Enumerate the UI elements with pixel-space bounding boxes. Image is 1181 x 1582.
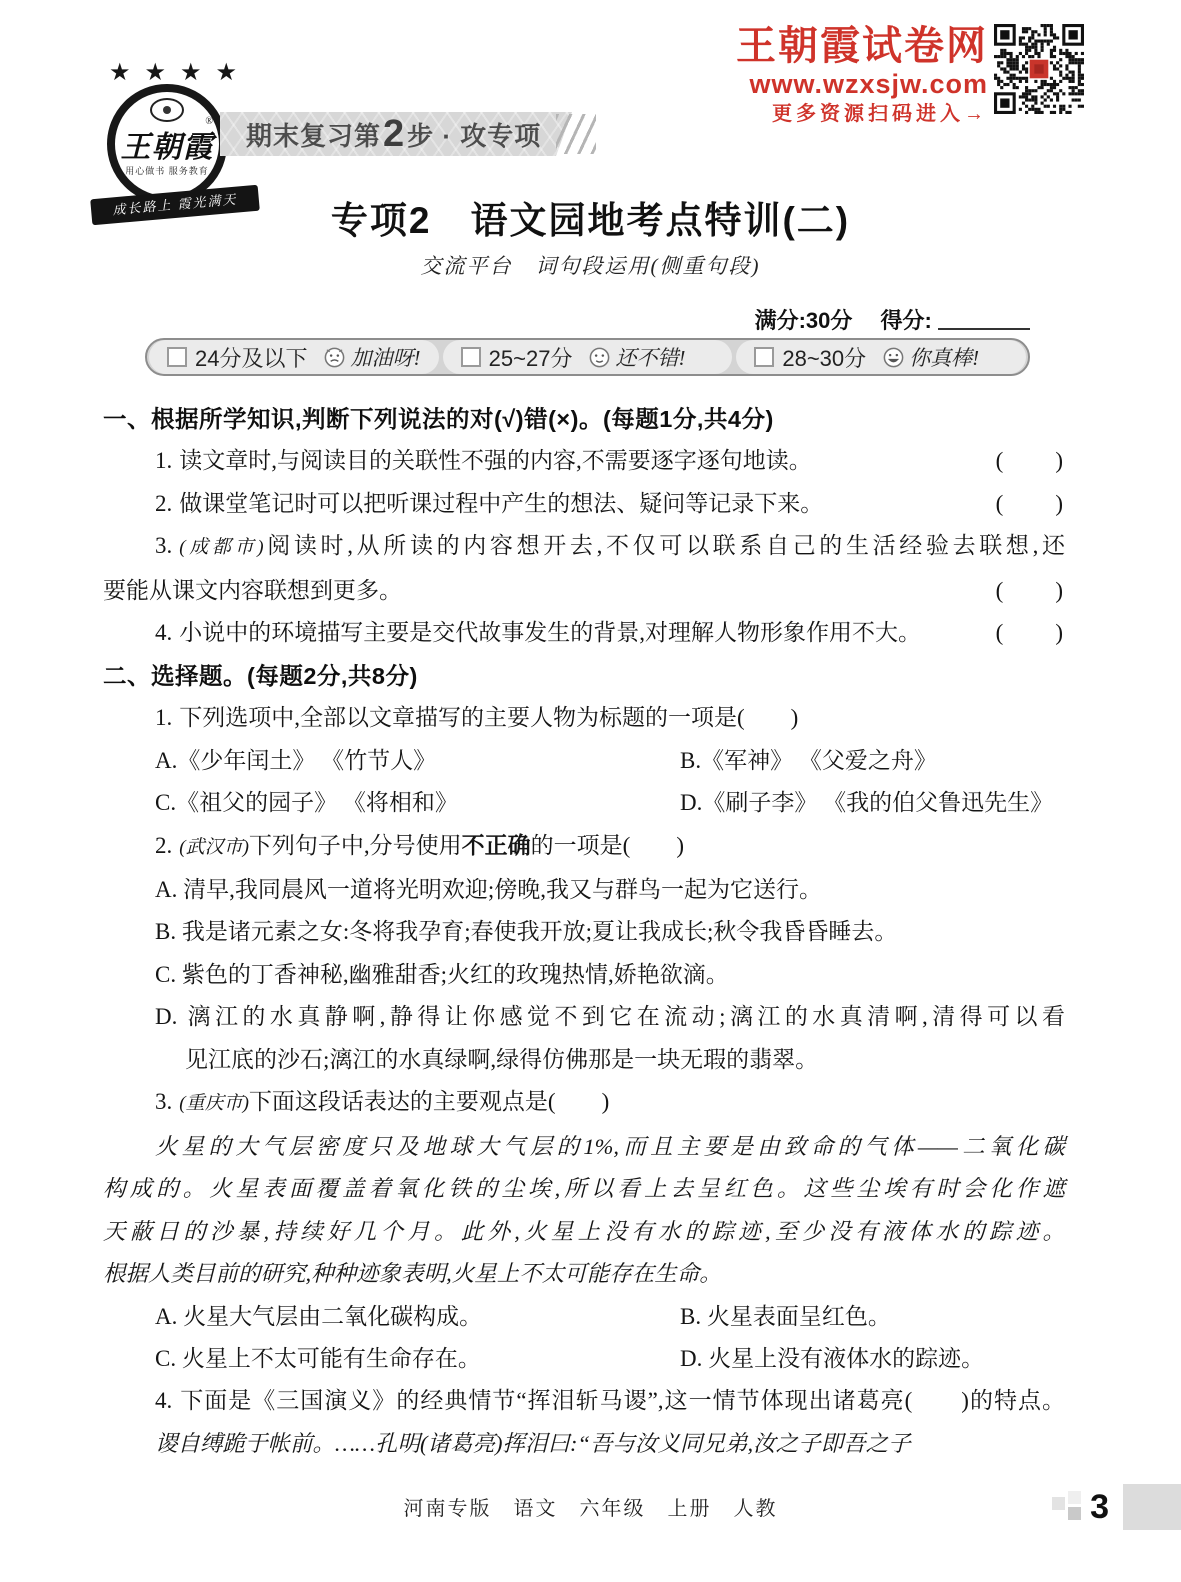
mcq-option-row: C. 火星上不太可能有生命存在。 D. 火星上没有液体水的踪迹。 — [103, 1338, 1065, 1380]
option-b[interactable]: B.《军神》 《父爱之舟》 — [680, 740, 1065, 782]
city-tag: (重庆市) — [179, 1093, 249, 1114]
portrait-crest-icon — [150, 98, 184, 122]
ok-face-icon — [588, 346, 611, 369]
score-range-label: 25~27分 — [489, 342, 573, 373]
option-b[interactable]: B. 火星表面呈红色。 — [680, 1296, 1065, 1338]
score-comment: 还不错! — [615, 342, 685, 372]
brand-slogan: 用心做书 服务教育 — [115, 164, 219, 177]
section-two-heading: 二、选择题。(每题2分,共8分) — [103, 655, 1065, 697]
passage-line: 火星的大气层密度只及地球大气层的1%,而且主要是由致命的气体——二氧化碳 — [103, 1126, 1065, 1168]
mcq-option-row: A. 火星大气层由二氧化碳构成。 B. 火星表面呈红色。 — [103, 1296, 1065, 1338]
answer-bracket[interactable]: ( ) — [996, 483, 1065, 525]
site-name: 王朝霞试卷网 — [736, 24, 988, 68]
score-range-label: 24分及以下 — [195, 342, 307, 373]
quote-line: 谡自缚跪于帐前。……孔明(诸葛亮)挥泪曰:“吾与汝义同兄弟,汝之子即吾之子 — [103, 1423, 1065, 1465]
banner-suffix: 步 · 攻专项 — [407, 116, 541, 153]
judgment-item: 1.读文章时,与阅读目的关联性不强的内容,不需要逐字逐句地读。 ( ) — [103, 440, 1065, 482]
judgment-item: 2.做课堂笔记时可以把听课过程中产生的想法、疑问等记录下来。 ( ) — [103, 483, 1065, 525]
score-checkbox[interactable] — [461, 347, 481, 367]
site-info: 王朝霞试卷网 www.wzxsjw.com 更多资源扫码进入→ — [736, 24, 988, 128]
mcq-option-row: C.《祖父的园子》 《将相和》 D.《刷子李》 《我的伯父鲁迅先生》 — [103, 782, 1065, 824]
page-subtitle: 交流平台 词句段运用(侧重句段) — [0, 250, 1181, 280]
mcq-stem: 3.(重庆市)下面这段话表达的主要观点是( ) — [103, 1081, 1065, 1125]
earned-score-label: 得分: — [881, 308, 932, 333]
item-text: 读文章时,与阅读目的关联性不强的内容,不需要逐字逐句地读。 — [179, 448, 812, 473]
item-number: 3. — [155, 1089, 172, 1114]
item-text: 阅读时,从所读的内容想开去,不仅可以联系自己的生活经验去联想,还 — [264, 533, 1065, 558]
city-tag: (成都市) — [179, 537, 263, 558]
item-number: 3. — [155, 533, 172, 558]
banner-slash-decoration — [556, 114, 596, 154]
option-d[interactable]: D. 火星上没有液体水的踪迹。 — [680, 1338, 1065, 1380]
item-text: 做课堂笔记时可以把听课过程中产生的想法、疑问等记录下来。 — [179, 491, 823, 516]
option-a[interactable]: A. 火星大气层由二氧化碳构成。 — [103, 1296, 680, 1338]
site-url: www.wzxsjw.com — [736, 68, 988, 100]
mcq-stem: 2.(武汉市)下列句子中,分号使用不正确的一项是( ) — [103, 825, 1065, 869]
cheer-face-icon — [323, 346, 346, 369]
stem-text: 下列句子中,分号使用 — [249, 833, 462, 858]
judgment-item-line1: 3.(成都市)阅读时,从所读的内容想开去,不仅可以联系自己的生活经验去联想,还 — [103, 525, 1065, 569]
score-band-low: 24分及以下 加油呀! — [149, 340, 439, 374]
footer-meta: 河南专版 语文 六年级 上册 人教 — [0, 1492, 1181, 1521]
page-title: 专项2 语文园地考点特训(二) — [0, 190, 1181, 244]
brand-name: 王朝霞 — [115, 122, 219, 166]
registered-mark: ® — [205, 116, 213, 127]
answer-bracket[interactable]: ( ) — [996, 570, 1065, 612]
exam-page: ★ ★ ★ ★ ★ 王朝霞 ® 用心做书 服务教育 成长路上 霞光满天 期末复习… — [0, 0, 1181, 1582]
site-more-hint: 更多资源扫码进入→ — [736, 100, 988, 128]
earned-score-blank[interactable] — [938, 308, 1030, 330]
stem-text: 下面是《三国演义》的经典情节“挥泪斩马谡”,这一情节体现出诸葛亮( )的特点。 — [179, 1388, 1065, 1413]
stem-text: 的一项是( ) — [531, 833, 684, 858]
answer-bracket[interactable]: ( ) — [996, 440, 1065, 482]
score-band-mid: 25~27分 还不错! — [443, 340, 733, 374]
chapter-banner: 期末复习第 2 步 · 攻专项 — [220, 112, 572, 156]
option-d[interactable]: D. 漓江的水真静啊,静得让你感觉不到它在流动;漓江的水真清啊,清得可以看 — [103, 996, 1065, 1038]
item-text: 小说中的环境描写主要是交代故事发生的背景,对理解人物形象作用不大。 — [179, 620, 921, 645]
score-band-bar: 24分及以下 加油呀! 25~27分 还不错! 28~30分 — [145, 338, 1030, 376]
stem-text: 下面这段话表达的主要观点是( ) — [249, 1089, 609, 1114]
option-d-continued[interactable]: 见江底的沙石;漓江的水真绿啊,绿得仿佛那是一块无瑕的翡翠。 — [103, 1039, 1065, 1081]
option-c[interactable]: C. 火星上不太可能有生命存在。 — [103, 1338, 680, 1380]
score-band-high: 28~30分 你真棒! — [736, 340, 1026, 374]
footer-squares-decoration — [1052, 1491, 1084, 1523]
option-c[interactable]: C. 紫色的丁香神秘,幽雅甜香;火红的玫瑰热情,娇艳欲滴。 — [103, 954, 1065, 996]
option-a[interactable]: A.《少年闰土》 《竹节人》 — [103, 740, 680, 782]
score-comment: 加油呀! — [350, 342, 420, 372]
page-number-block: 3 — [1052, 1484, 1181, 1530]
item-number: 1. — [155, 448, 172, 473]
score-row: 满分:30分 得分: — [755, 304, 1030, 335]
option-c[interactable]: C.《祖父的园子》 《将相和》 — [103, 782, 680, 824]
score-range-label: 28~30分 — [782, 342, 866, 373]
mcq-stem: 1.下列选项中,全部以文章描写的主要人物为标题的一项是( ) — [103, 697, 1065, 739]
item-number: 4. — [155, 620, 172, 645]
passage-line: 构成的。火星表面覆盖着氧化铁的尘埃,所以看上去呈红色。这些尘埃有时会化作遮 — [103, 1168, 1065, 1210]
city-tag: (武汉市) — [179, 837, 249, 858]
passage-line: 天蔽日的沙暴,持续好几个月。此外,火星上没有水的踪迹,至少没有液体水的踪迹。 — [103, 1211, 1065, 1253]
passage-line: 根据人类目前的研究,种种迹象表明,火星上不太可能存在生命。 — [103, 1253, 1065, 1295]
judgment-item-line2: 要能从课文内容联想到更多。 ( ) — [103, 570, 1065, 612]
mcq-option-row: A.《少年闰土》 《竹节人》 B.《军神》 《父爱之舟》 — [103, 740, 1065, 782]
page-number: 3 — [1090, 1488, 1109, 1527]
stem-text: 下列选项中,全部以文章描写的主要人物为标题的一项是( ) — [179, 705, 798, 730]
logo-ring: 王朝霞 ® 用心做书 服务教育 — [107, 84, 227, 204]
item-text: 要能从课文内容联想到更多。 — [103, 570, 996, 612]
item-number: 1. — [155, 705, 172, 730]
item-number: 4. — [155, 1388, 172, 1413]
banner-step-number: 2 — [383, 112, 405, 156]
option-b[interactable]: B. 我是诸元素之女:冬将我孕育;春使我开放;夏让我成长;秋令我昏昏睡去。 — [103, 911, 1065, 953]
mcq-stem: 4.下面是《三国演义》的经典情节“挥泪斩马谡”,这一情节体现出诸葛亮( )的特点… — [103, 1380, 1065, 1422]
score-checkbox[interactable] — [754, 347, 774, 367]
full-score-label: 满分:30分 — [755, 308, 853, 333]
score-comment: 你真棒! — [909, 342, 979, 372]
great-face-icon — [882, 346, 905, 369]
item-number: 2. — [155, 491, 172, 516]
judgment-item: 4.小说中的环境描写主要是交代故事发生的背景,对理解人物形象作用不大。 ( ) — [103, 612, 1065, 654]
banner-prefix: 期末复习第 — [246, 116, 381, 153]
option-a[interactable]: A. 清早,我同晨风一道将光明欢迎;傍晚,我又与群鸟一起为它送行。 — [103, 869, 1065, 911]
item-number: 2. — [155, 833, 172, 858]
section-one-heading: 一、根据所学知识,判断下列说法的对(√)错(×)。(每题1分,共4分) — [103, 398, 1065, 440]
score-checkbox[interactable] — [167, 347, 187, 367]
option-d[interactable]: D.《刷子李》 《我的伯父鲁迅先生》 — [680, 782, 1065, 824]
stem-bold-text: 不正确 — [462, 833, 531, 858]
answer-bracket[interactable]: ( ) — [996, 612, 1065, 654]
question-area: 一、根据所学知识,判断下列说法的对(√)错(×)。(每题1分,共4分) 1.读文… — [103, 398, 1065, 1465]
footer-bar-decoration — [1123, 1484, 1181, 1530]
qr-code — [994, 24, 1084, 114]
